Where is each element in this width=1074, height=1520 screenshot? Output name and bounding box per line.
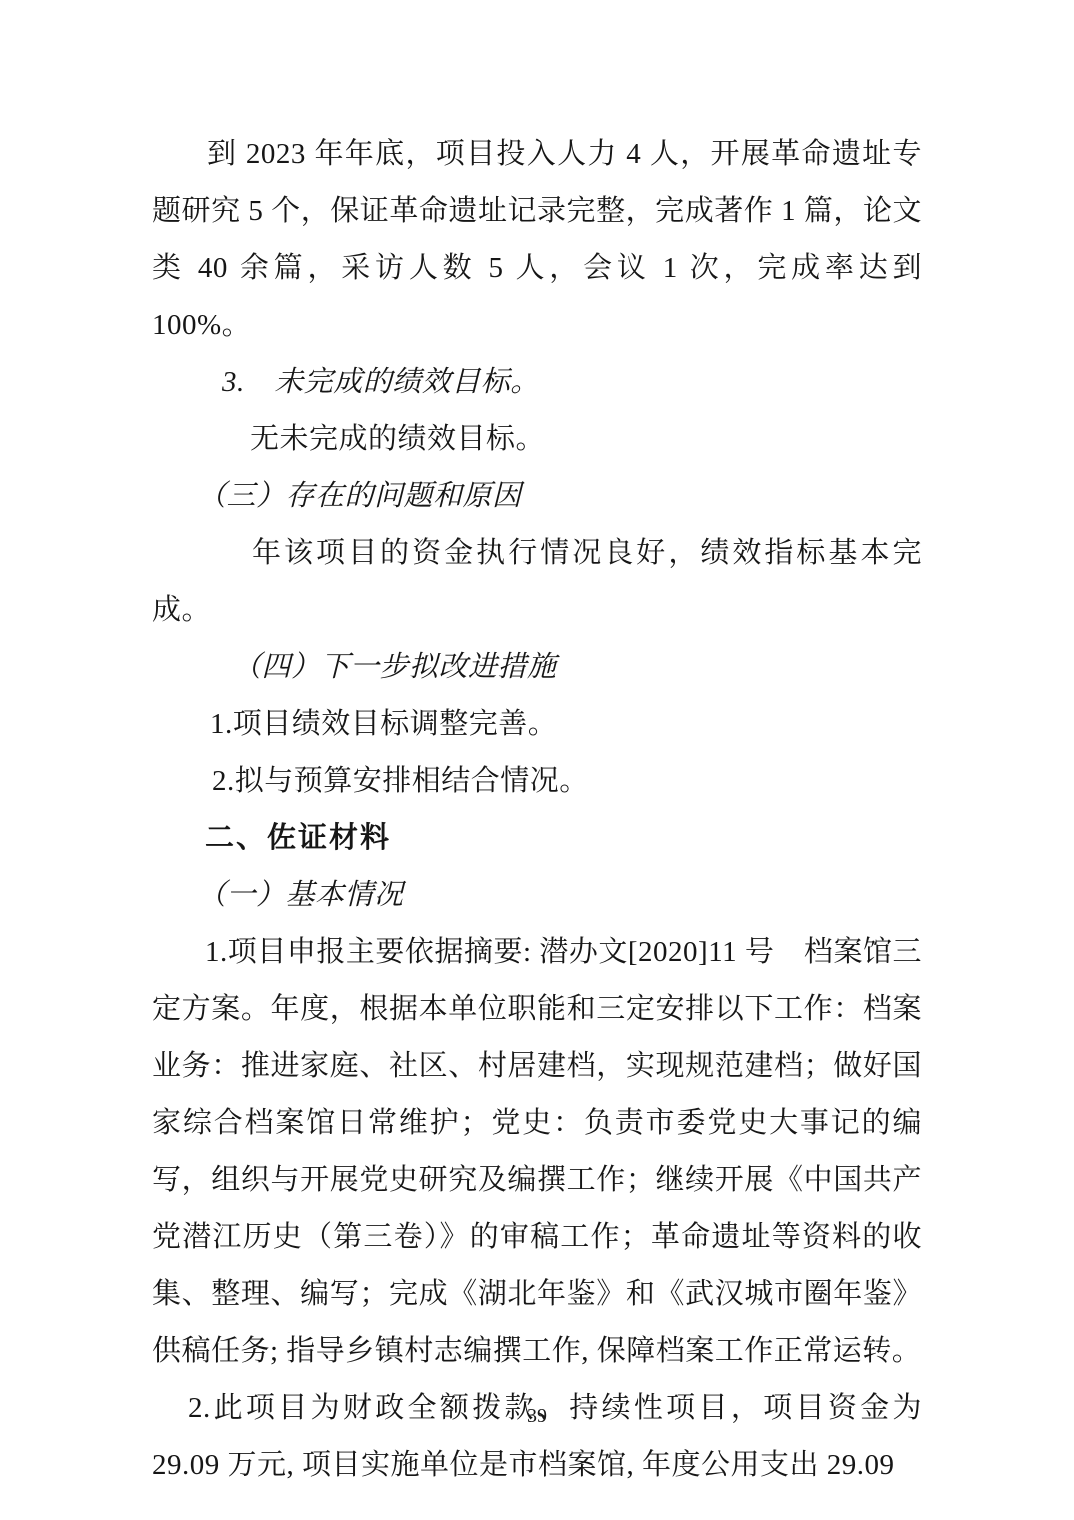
document-page: 到 2023 年年底，项目投入人力 4 人，开展革命遗址专题研究 5 个，保证革…: [0, 0, 1074, 1520]
page-footer: 39: [0, 1404, 1074, 1428]
paragraph: （三）存在的问题和原因: [152, 468, 922, 525]
paragraph: 2.此项目为财政全额拨款、持续性项目，项目资金为 29.09 万元, 项目实施单…: [152, 1380, 922, 1494]
paragraph: 无未完成的绩效目标。: [152, 411, 922, 468]
paragraph: 年该项目的资金执行情况良好，绩效指标基本完成。: [152, 525, 922, 639]
paragraph: 2.拟与预算安排相结合情况。: [152, 753, 922, 810]
paragraph: （四）下一步拟改进措施: [152, 639, 922, 696]
paragraph: （一）基本情况: [152, 867, 922, 924]
document-body: 到 2023 年年底，项目投入人力 4 人，开展革命遗址专题研究 5 个，保证革…: [152, 126, 922, 1494]
paragraph: 1.项目申报主要依据摘要: 潜办文[2020]11 号 档案馆三定方案。年度，根…: [152, 924, 922, 1380]
paragraph: 3. 未完成的绩效目标。: [152, 354, 922, 411]
paragraph: 二、佐证材料: [152, 810, 922, 867]
page-number: 39: [527, 1405, 547, 1427]
paragraph: 到 2023 年年底，项目投入人力 4 人，开展革命遗址专题研究 5 个，保证革…: [152, 126, 922, 354]
paragraph: 1.项目绩效目标调整完善。: [152, 696, 922, 753]
